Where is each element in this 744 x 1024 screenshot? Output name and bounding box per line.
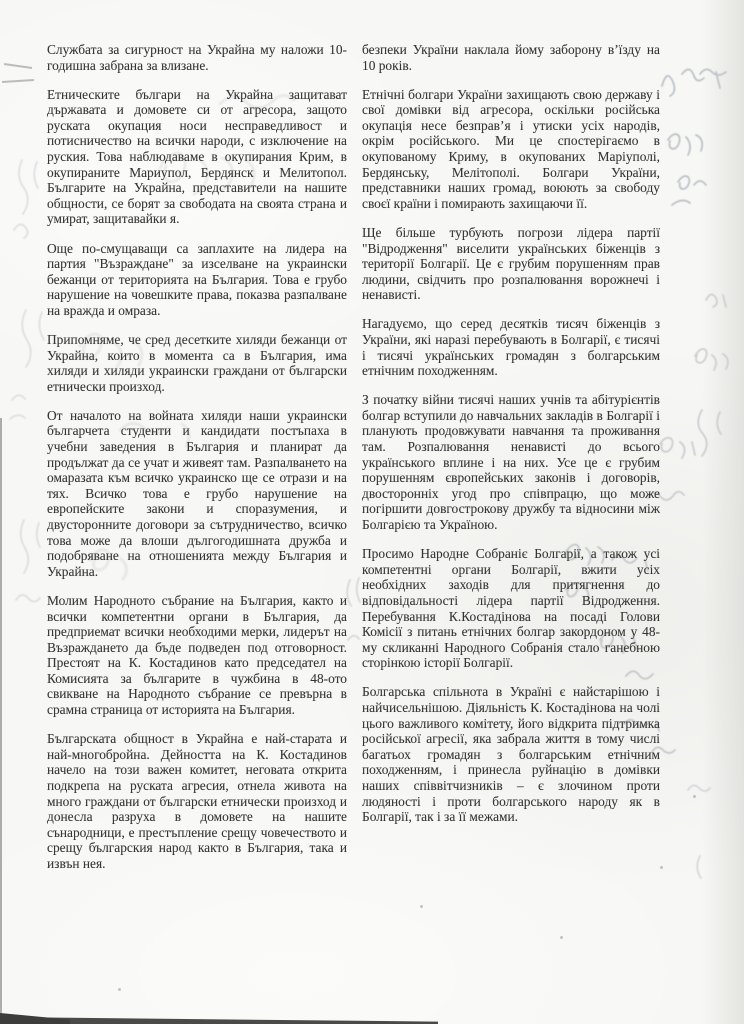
scan-edge-left-line [0,418,2,1016]
dust-speck [118,988,121,991]
paragraph: Още по-смущаващи са заплахите на лидера … [47,241,347,319]
paragraph: Болгарська спільнота в Україні є найстар… [362,684,660,824]
dust-speck [420,905,423,908]
paragraph: З початку війни тисячі наших учнів та аб… [362,392,660,532]
right-column-ukrainian: безпеки України наклала йому заборону в’… [362,42,660,838]
paragraph: Етнічні болгари України захищають свою д… [362,87,660,212]
scan-edge-right-shading [702,0,744,1024]
scanned-document-page: Службата за сигурност на Украйна му нало… [0,0,744,1024]
dust-speck [693,795,696,798]
dust-speck [660,866,663,869]
paragraph: Молим Народното събрание на България, ка… [47,593,347,718]
paragraph: Българската общност в Украйна е най-стар… [47,731,347,871]
dust-speck [560,936,563,939]
paragraph: Просимо Народне Собраніє Болгарії, а так… [362,546,660,671]
paragraph: Ще більше турбують погрози лідера партії… [362,225,660,303]
left-column-bulgarian: Службата за сигурност на Украйна му нало… [47,42,347,885]
paragraph: безпеки України наклала йому заборону в’… [362,42,660,73]
paragraph: Етническите българи на Украйна защитават… [47,87,347,227]
paragraph: От началото на войната хиляди наши украи… [47,408,347,580]
paragraph: Нагадуємо, що серед десятків тисяч біжен… [362,316,660,378]
paragraph: Припомняме, че сред десетките хиляди беж… [47,332,347,394]
paragraph: Службата за сигурност на Украйна му нало… [47,42,347,73]
